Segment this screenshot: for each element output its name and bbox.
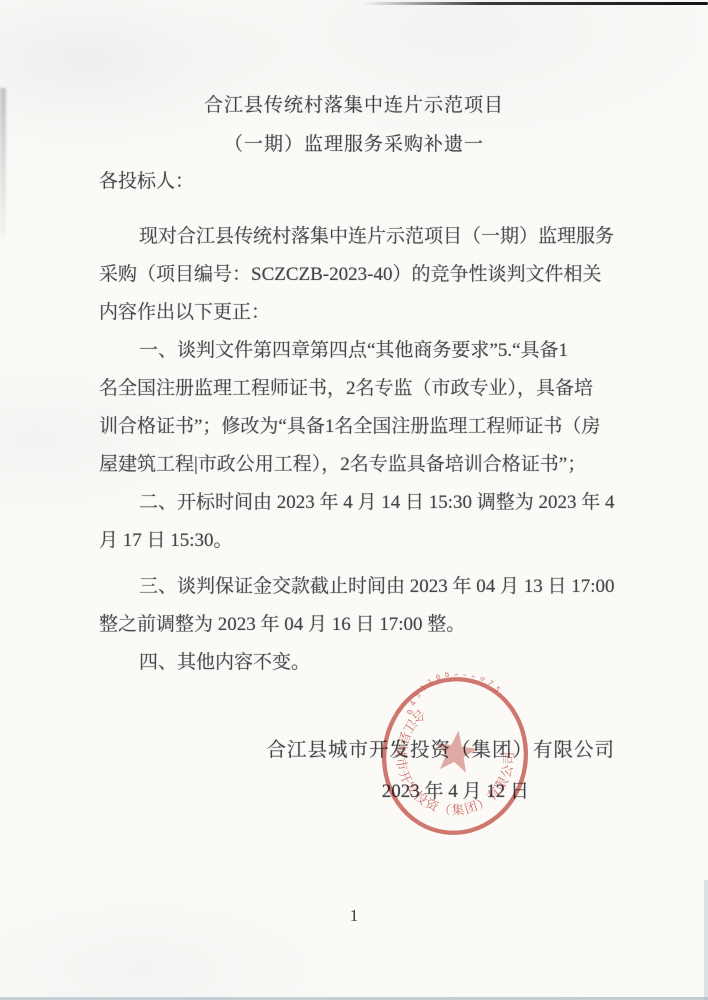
body-line: 名全国注册监理工程师证书，2名专监（市政专业），具备培 [99,370,619,408]
scanned-document-page: 合江县传统村落集中连片示范项目 （一期）监理服务采购补遗一 各投标人： 现对合江… [0,0,708,1000]
greeting-line: 各投标人： [99,166,194,193]
body-line: 现对合江县传统村落集中连片示范项目（一期）监理服务 [99,218,619,256]
seal-star-icon [432,728,480,774]
body-line: 整之前调整为 2023 年 04 月 16 日 17:00 整。 [99,606,619,644]
body-line: 训合格证书”；修改为“具备1名全国注册监理工程师证书（房 [99,408,619,446]
document-title-line1: 合江县传统村落集中连片示范项目 [0,90,708,117]
signature-company-name: 合江县城市开发投资（集团）有限公司 [99,734,615,762]
body-line: 屋建筑工程|市政公用工程），2名专监具备培训合格证书”； [99,446,619,484]
scan-edge-artifact-right [704,880,708,1000]
page-number: 1 [0,906,708,926]
seal-ring-text: 合江县城市开发投资（集团）有限公司 [385,704,522,826]
body-line: 一、谈判文件第四章第四点“其他商务要求”5.“具备1 [99,332,619,370]
body-line: 内容作出以下更正： [99,294,619,332]
body-line: 月 17 日 15:30。 [99,522,619,560]
body-line: 三、谈判保证金交款截止时间由 2023 年 04 月 13 日 17:00 [99,568,619,606]
document-title-line2: （一期）监理服务采购补遗一 [0,129,708,156]
svg-text:合江县城市开发投资（集团）有限公司: 合江县城市开发投资（集团）有限公司 [385,704,522,826]
company-seal-stamp: 合江县城市开发投资（集团）有限公司 0451108552075 [367,664,542,848]
document-body: 现对合江县传统村落集中连片示范项目（一期）监理服务 采购（项目编号：SCZCZB… [99,218,619,682]
body-line: 采购（项目编号：SCZCZB-2023-40）的竞争性谈判文件相关 [99,256,619,294]
seal-graphic: 合江县城市开发投资（集团）有限公司 0451108552075 [367,664,542,848]
body-line: 二、开标时间由 2023 年 4 月 14 日 15:30 调整为 2023 年… [99,484,619,522]
signature-date: 2023 年 4 月 12 日 [99,776,615,803]
body-line: 四、其他内容不变。 [99,644,619,682]
scan-edge-artifact-top [363,2,708,5]
